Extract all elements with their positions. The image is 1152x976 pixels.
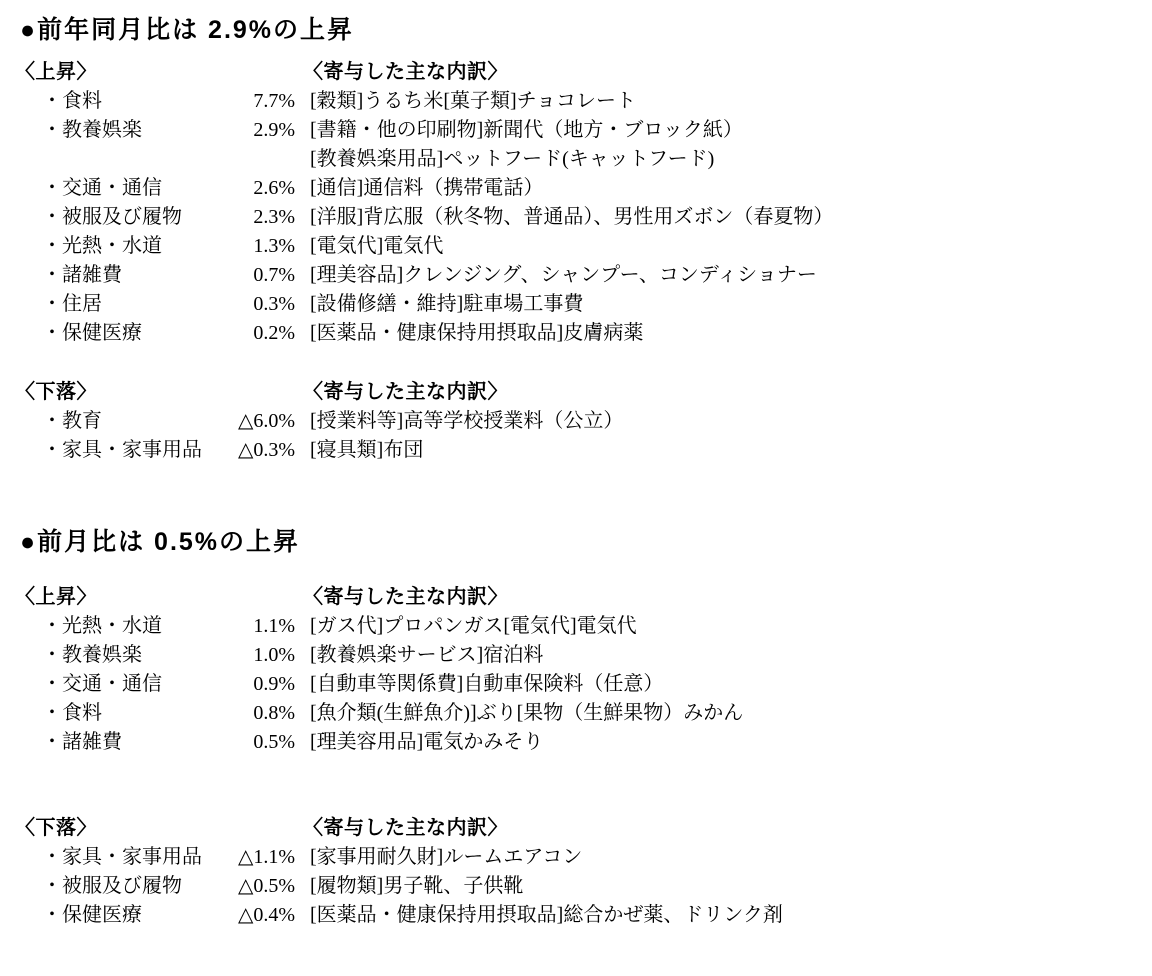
change-percent: 1.0% <box>215 641 295 670</box>
category-cell: ・教養娯楽 <box>15 641 215 670</box>
mom-change-section: ●前月比は 0.5%の上昇 〈上昇〉 〈寄与した主な内訳〉 ・光熱・水道 1.1… <box>15 527 1132 930</box>
category-cell: ・光熱・水道 <box>15 612 215 641</box>
bullet-icon: ・ <box>42 235 62 257</box>
category-cell: ・交通・通信 <box>15 174 215 203</box>
change-percent: 0.2% <box>215 319 295 348</box>
category-label: 食料 <box>62 702 102 724</box>
breakdown-line: [教養娯楽用品]ペットフード(キャットフード) <box>310 145 1132 174</box>
category-label: 教養娯楽 <box>62 119 142 141</box>
category-cell: ・被服及び履物 <box>15 872 215 901</box>
bullet-icon: ・ <box>42 410 62 432</box>
mom-decline-group: 〈下落〉 〈寄与した主な内訳〉 ・家具・家事用品 △1.1% [家事用耐久財]ル… <box>15 814 1132 930</box>
item-row: ・食料 7.7% [穀類]うるち米[菓子類]チョコレート <box>15 87 1132 116</box>
bullet-icon: ・ <box>42 322 62 344</box>
item-row: ・諸雑費 0.7% [理美容品]クレンジング、シャンプー、コンディショナー <box>15 261 1132 290</box>
breakdown-cell: [洋服]背広服（秋冬物、普通品）、男性用ズボン（春夏物） <box>295 203 1132 232</box>
change-percent: 1.1% <box>215 612 295 641</box>
change-percent: 1.3% <box>215 232 295 261</box>
bullet-icon: ・ <box>42 90 62 112</box>
change-percent: 0.7% <box>215 261 295 290</box>
mom-rise-rows: ・光熱・水道 1.1% [ガス代]プロパンガス[電気代]電気代 ・教養娯楽 1.… <box>15 612 1132 757</box>
breakdown-cell: [理美容品]クレンジング、シャンプー、コンディショナー <box>295 261 1132 290</box>
category-label: 被服及び履物 <box>62 875 182 897</box>
category-label: 諸雑費 <box>62 264 122 286</box>
breakdown-line: [洋服]背広服（秋冬物、普通品）、男性用ズボン（春夏物） <box>310 203 1132 232</box>
bullet-icon: ・ <box>42 119 62 141</box>
category-cell: ・教養娯楽 <box>15 116 215 145</box>
bullet-icon: ・ <box>42 264 62 286</box>
change-percent: 0.5% <box>215 728 295 757</box>
category-cell: ・諸雑費 <box>15 261 215 290</box>
breakdown-cell: [魚介類(生鮮魚介)]ぶり[果物（生鮮果物）みかん <box>295 699 1132 728</box>
category-label: 家具・家事用品 <box>62 439 202 461</box>
item-row: ・教育 △6.0% [授業料等]高等学校授業料（公立） <box>15 407 1132 436</box>
yoy-decline-group: 〈下落〉 〈寄与した主な内訳〉 ・教育 △6.0% [授業料等]高等学校授業料（… <box>15 378 1132 465</box>
group-header-row: 〈下落〉 〈寄与した主な内訳〉 <box>15 814 1132 843</box>
yoy-rise-rows: ・食料 7.7% [穀類]うるち米[菓子類]チョコレート ・教養娯楽 2.9% … <box>15 87 1132 348</box>
yoy-decline-rows: ・教育 △6.0% [授業料等]高等学校授業料（公立） ・家具・家事用品 △0.… <box>15 407 1132 465</box>
item-row: ・被服及び履物 2.3% [洋服]背広服（秋冬物、普通品）、男性用ズボン（春夏物… <box>15 203 1132 232</box>
item-row: ・教養娯楽 2.9% [書籍・他の印刷物]新聞代（地方・ブロック紙）[教養娯楽用… <box>15 116 1132 174</box>
change-percent: △0.5% <box>215 872 295 901</box>
category-cell: ・交通・通信 <box>15 670 215 699</box>
bullet-icon: ・ <box>42 644 62 666</box>
category-label: 教養娯楽 <box>62 644 142 666</box>
item-row: ・交通・通信 0.9% [自動車等関係費]自動車保険料（任意） <box>15 670 1132 699</box>
change-percent: △0.3% <box>215 436 295 465</box>
item-row: ・教養娯楽 1.0% [教養娯楽サービス]宿泊料 <box>15 641 1132 670</box>
group-header-row: 〈上昇〉 〈寄与した主な内訳〉 <box>15 583 1132 612</box>
category-label: 被服及び履物 <box>62 206 182 228</box>
item-row: ・家具・家事用品 △0.3% [寝具類]布団 <box>15 436 1132 465</box>
item-row: ・被服及び履物 △0.5% [履物類]男子靴、子供靴 <box>15 872 1132 901</box>
breakdown-cell: [理美容用品]電気かみそり <box>295 728 1132 757</box>
breakdown-cell: [教養娯楽サービス]宿泊料 <box>295 641 1132 670</box>
breakdown-cell: [寝具類]布団 <box>295 436 1132 465</box>
change-percent: △6.0% <box>215 407 295 436</box>
category-label: 交通・通信 <box>62 177 162 199</box>
breakdown-column-header: 〈寄与した主な内訳〉 <box>295 814 1132 843</box>
category-cell: ・食料 <box>15 699 215 728</box>
breakdown-line: [設備修繕・維持]駐車場工事費 <box>310 290 1132 319</box>
category-label: 家具・家事用品 <box>62 846 202 868</box>
breakdown-cell: [家事用耐久財]ルームエアコン <box>295 843 1132 872</box>
category-label: 保健医療 <box>62 322 142 344</box>
breakdown-cell: [自動車等関係費]自動車保険料（任意） <box>295 670 1132 699</box>
category-label: 交通・通信 <box>62 673 162 695</box>
breakdown-line: [医薬品・健康保持用摂取品]総合かぜ薬、ドリンク剤 <box>310 901 1132 930</box>
category-label: 保健医療 <box>62 904 142 926</box>
mom-rise-group: 〈上昇〉 〈寄与した主な内訳〉 ・光熱・水道 1.1% [ガス代]プロパンガス[… <box>15 583 1132 757</box>
breakdown-line: [魚介類(生鮮魚介)]ぶり[果物（生鮮果物）みかん <box>310 699 1132 728</box>
breakdown-column-header: 〈寄与した主な内訳〉 <box>295 583 1132 612</box>
breakdown-line: [履物類]男子靴、子供靴 <box>310 872 1132 901</box>
change-percent: 0.3% <box>215 290 295 319</box>
breakdown-line: [教養娯楽サービス]宿泊料 <box>310 641 1132 670</box>
category-cell: ・被服及び履物 <box>15 203 215 232</box>
yoy-change-section: ●前年同月比は 2.9%の上昇 〈上昇〉 〈寄与した主な内訳〉 ・食料 7.7%… <box>15 15 1132 465</box>
breakdown-line: [寝具類]布団 <box>310 436 1132 465</box>
change-percent: 2.3% <box>215 203 295 232</box>
breakdown-cell: [履物類]男子靴、子供靴 <box>295 872 1132 901</box>
group-header-row: 〈上昇〉 〈寄与した主な内訳〉 <box>15 58 1132 87</box>
breakdown-cell: [ガス代]プロパンガス[電気代]電気代 <box>295 612 1132 641</box>
breakdown-line: [授業料等]高等学校授業料（公立） <box>310 407 1132 436</box>
category-label: 食料 <box>62 90 102 112</box>
rise-group-label: 〈上昇〉 <box>15 583 215 612</box>
bullet-icon: ・ <box>42 904 62 926</box>
rise-group-label: 〈上昇〉 <box>15 58 215 87</box>
change-percent: △1.1% <box>215 843 295 872</box>
category-cell: ・光熱・水道 <box>15 232 215 261</box>
bullet-icon: ・ <box>42 615 62 637</box>
item-row: ・保健医療 0.2% [医薬品・健康保持用摂取品]皮膚病薬 <box>15 319 1132 348</box>
breakdown-cell: [授業料等]高等学校授業料（公立） <box>295 407 1132 436</box>
bullet-icon: ・ <box>42 177 62 199</box>
category-label: 光熱・水道 <box>62 615 162 637</box>
breakdown-line: [医薬品・健康保持用摂取品]皮膚病薬 <box>310 319 1132 348</box>
category-cell: ・教育 <box>15 407 215 436</box>
breakdown-line: [電気代]電気代 <box>310 232 1132 261</box>
category-label: 諸雑費 <box>62 731 122 753</box>
breakdown-column-header: 〈寄与した主な内訳〉 <box>295 378 1132 407</box>
breakdown-line: [理美容用品]電気かみそり <box>310 728 1132 757</box>
breakdown-cell: [通信]通信料（携帯電話） <box>295 174 1132 203</box>
mom-section-heading: ●前月比は 0.5%の上昇 <box>20 527 1132 557</box>
cpi-report-document: ●前年同月比は 2.9%の上昇 〈上昇〉 〈寄与した主な内訳〉 ・食料 7.7%… <box>0 0 1152 930</box>
item-row: ・保健医療 △0.4% [医薬品・健康保持用摂取品]総合かぜ薬、ドリンク剤 <box>15 901 1132 930</box>
item-row: ・交通・通信 2.6% [通信]通信料（携帯電話） <box>15 174 1132 203</box>
group-header-row: 〈下落〉 〈寄与した主な内訳〉 <box>15 378 1132 407</box>
bullet-icon: ・ <box>42 875 62 897</box>
breakdown-column-header: 〈寄与した主な内訳〉 <box>295 58 1132 87</box>
bullet-icon: ・ <box>42 439 62 461</box>
breakdown-cell: [穀類]うるち米[菓子類]チョコレート <box>295 87 1132 116</box>
change-percent: 2.9% <box>215 116 295 145</box>
breakdown-line: [穀類]うるち米[菓子類]チョコレート <box>310 87 1132 116</box>
category-label: 住居 <box>62 293 102 315</box>
decline-group-label: 〈下落〉 <box>15 378 215 407</box>
category-label: 教育 <box>62 410 102 432</box>
category-label: 光熱・水道 <box>62 235 162 257</box>
mom-decline-rows: ・家具・家事用品 △1.1% [家事用耐久財]ルームエアコン ・被服及び履物 △… <box>15 843 1132 930</box>
item-row: ・家具・家事用品 △1.1% [家事用耐久財]ルームエアコン <box>15 843 1132 872</box>
category-cell: ・住居 <box>15 290 215 319</box>
change-percent: 2.6% <box>215 174 295 203</box>
breakdown-line: [自動車等関係費]自動車保険料（任意） <box>310 670 1132 699</box>
bullet-icon: ・ <box>42 293 62 315</box>
item-row: ・光熱・水道 1.3% [電気代]電気代 <box>15 232 1132 261</box>
item-row: ・食料 0.8% [魚介類(生鮮魚介)]ぶり[果物（生鮮果物）みかん <box>15 699 1132 728</box>
breakdown-cell: [設備修繕・維持]駐車場工事費 <box>295 290 1132 319</box>
category-cell: ・食料 <box>15 87 215 116</box>
yoy-rise-group: 〈上昇〉 〈寄与した主な内訳〉 ・食料 7.7% [穀類]うるち米[菓子類]チョ… <box>15 58 1132 348</box>
category-cell: ・家具・家事用品 <box>15 843 215 872</box>
breakdown-cell: [医薬品・健康保持用摂取品]総合かぜ薬、ドリンク剤 <box>295 901 1132 930</box>
item-row: ・住居 0.3% [設備修繕・維持]駐車場工事費 <box>15 290 1132 319</box>
category-cell: ・保健医療 <box>15 319 215 348</box>
bullet-icon: ・ <box>42 673 62 695</box>
change-percent: △0.4% <box>215 901 295 930</box>
change-percent: 7.7% <box>215 87 295 116</box>
breakdown-cell: [医薬品・健康保持用摂取品]皮膚病薬 <box>295 319 1132 348</box>
breakdown-line: [理美容品]クレンジング、シャンプー、コンディショナー <box>310 261 1132 290</box>
bullet-icon: ・ <box>42 731 62 753</box>
breakdown-line: [通信]通信料（携帯電話） <box>310 174 1132 203</box>
yoy-section-heading: ●前年同月比は 2.9%の上昇 <box>20 15 1132 45</box>
category-cell: ・保健医療 <box>15 901 215 930</box>
breakdown-cell: [電気代]電気代 <box>295 232 1132 261</box>
breakdown-cell: [書籍・他の印刷物]新聞代（地方・ブロック紙）[教養娯楽用品]ペットフード(キャ… <box>295 116 1132 174</box>
change-percent: 0.9% <box>215 670 295 699</box>
bullet-icon: ・ <box>42 846 62 868</box>
breakdown-line: [ガス代]プロパンガス[電気代]電気代 <box>310 612 1132 641</box>
decline-group-label: 〈下落〉 <box>15 814 215 843</box>
category-cell: ・諸雑費 <box>15 728 215 757</box>
category-cell: ・家具・家事用品 <box>15 436 215 465</box>
bullet-icon: ・ <box>42 206 62 228</box>
breakdown-line: [家事用耐久財]ルームエアコン <box>310 843 1132 872</box>
bullet-icon: ・ <box>42 702 62 724</box>
item-row: ・諸雑費 0.5% [理美容用品]電気かみそり <box>15 728 1132 757</box>
item-row: ・光熱・水道 1.1% [ガス代]プロパンガス[電気代]電気代 <box>15 612 1132 641</box>
change-percent: 0.8% <box>215 699 295 728</box>
breakdown-line: [書籍・他の印刷物]新聞代（地方・ブロック紙） <box>310 116 1132 145</box>
